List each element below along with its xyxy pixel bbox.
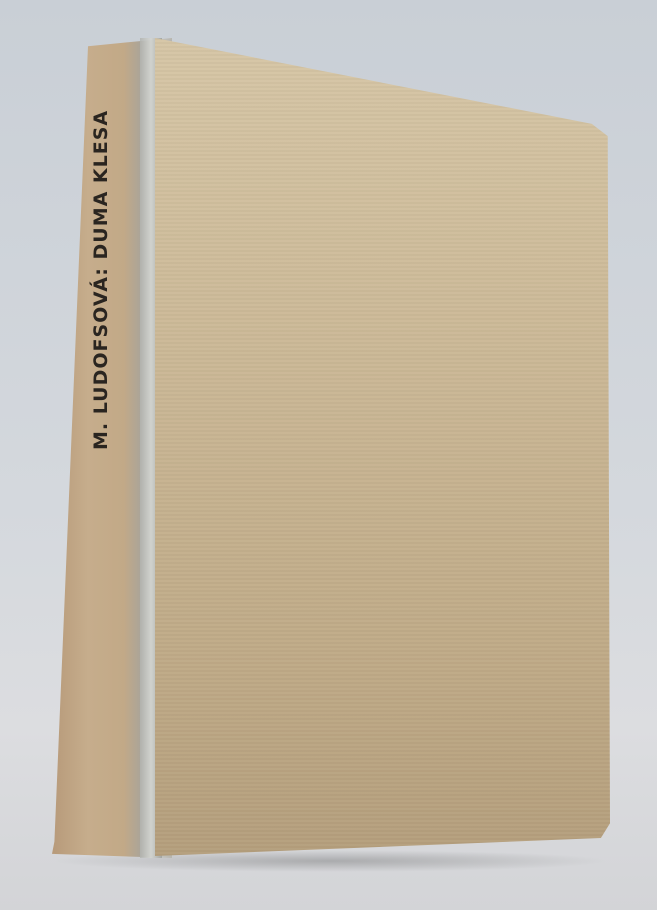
book: M. LUDOFSOVÁ: DUMA KLESA (0, 0, 657, 910)
book-front-cover (155, 38, 610, 856)
spine-title: M. LUDOFSOVÁ: DUMA KLESA (90, 70, 112, 450)
